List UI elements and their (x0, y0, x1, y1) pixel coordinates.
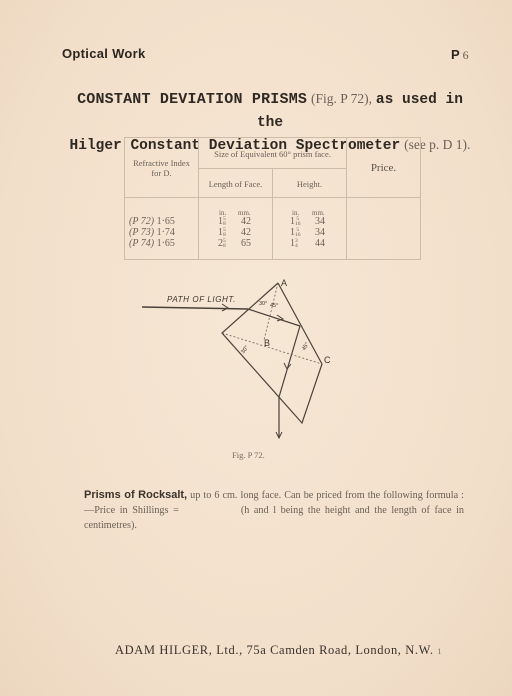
path-of-light-label: PATH OF LIGHT. (167, 295, 236, 304)
footer-imprint: ADAM HILGER, Ltd., 75a Camden Road, Lond… (115, 643, 442, 658)
arrow-icon (222, 304, 228, 311)
vertex-a: A (281, 278, 287, 288)
arrow-icon (284, 363, 291, 369)
construction-line (264, 283, 278, 340)
rocksalt-paragraph: Prisms of Rocksalt, up to 6 cm. long fac… (84, 488, 464, 533)
prism-diagram: A B C PATH OF LIGHT. 30° 45° 30° 45° (0, 0, 512, 696)
angle-label: 45° (270, 303, 278, 309)
figure-caption: Fig. P 72. (232, 450, 265, 460)
angle-label: 30° (240, 345, 250, 355)
light-path-internal (248, 309, 300, 326)
light-path-incoming (142, 307, 248, 309)
light-path-reflected (279, 326, 300, 397)
vertex-b: B (264, 338, 270, 348)
angle-label: 30° (259, 301, 267, 307)
vertex-c: C (324, 355, 331, 365)
angle-label: 45° (301, 342, 310, 352)
paragraph-lead: Prisms of Rocksalt, (84, 489, 187, 501)
footer-text: ADAM HILGER, Ltd., 75a Camden Road, Lond… (115, 643, 434, 657)
signature-mark: 1 (437, 647, 442, 656)
